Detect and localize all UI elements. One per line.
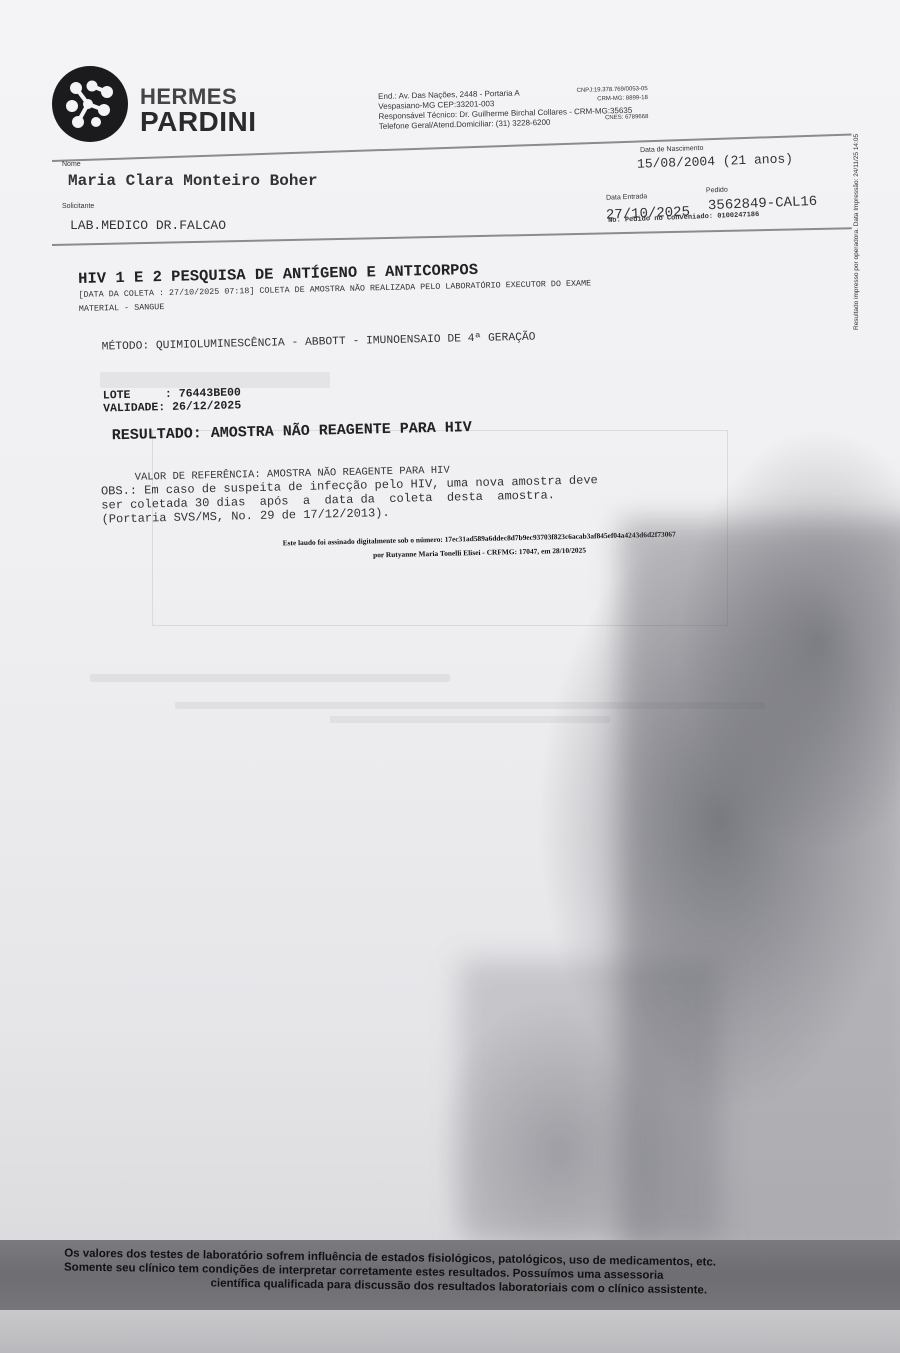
requester-label: Solicitante (62, 203, 94, 210)
ghost-text (90, 674, 450, 682)
ghost-text (330, 716, 610, 723)
cnes: CNES: 6789668 (577, 113, 648, 124)
order-label: Pedido (706, 187, 728, 195)
brand-name: HERMES PARDINI (140, 86, 257, 136)
ghost-text (175, 702, 765, 709)
birth-date: 15/08/2004 (21 anos) (637, 151, 793, 171)
birth-date-label: Data de Nascimento (640, 145, 704, 154)
lab-header: HERMES PARDINI End.: Av. Das Nações, 244… (52, 66, 852, 146)
lab-report-page: HERMES PARDINI End.: Av. Das Nações, 244… (0, 0, 900, 1353)
patient-name: Maria Clara Monteiro Boher (68, 172, 318, 190)
validity-value: 26/12/2025 (172, 399, 241, 414)
brand-line2: PARDINI (140, 108, 257, 136)
requester: LAB.MEDICO DR.FALCAO (70, 218, 226, 233)
hand-shadow (460, 960, 720, 1240)
result: RESULTADO: AMOSTRA NÃO REAGENTE PARA HIV (112, 410, 862, 444)
validity-label: VALIDADE: (103, 401, 165, 415)
lot-info: LOTE : 76443BE00 VALIDADE: 26/12/2025 (103, 372, 861, 415)
method: MÉTODO: QUIMIOLUMINESCÊNCIA - ABBOTT - I… (102, 324, 860, 353)
name-label: Nome (62, 161, 81, 168)
lab-identifiers: CNPJ:19.378.769/0053-05 CRM-MG: 8899-18 … (576, 85, 648, 124)
brand-line1: HERMES (140, 86, 257, 108)
footer-disclaimer: Os valores dos testes de laboratório sof… (64, 1246, 855, 1299)
entry-date-label: Data Entrada (606, 193, 647, 201)
hermes-pardini-logo-icon (52, 66, 128, 142)
order-number: 3562849-CAL16 (708, 194, 818, 214)
background-surface (0, 1310, 900, 1353)
exam-section: HIV 1 E 2 PESQUISA DE ANTÍGENO E ANTICOR… (78, 252, 865, 569)
footer-band: Os valores dos testes de laboratório sof… (0, 1240, 900, 1310)
hand-shadow (620, 520, 900, 1260)
